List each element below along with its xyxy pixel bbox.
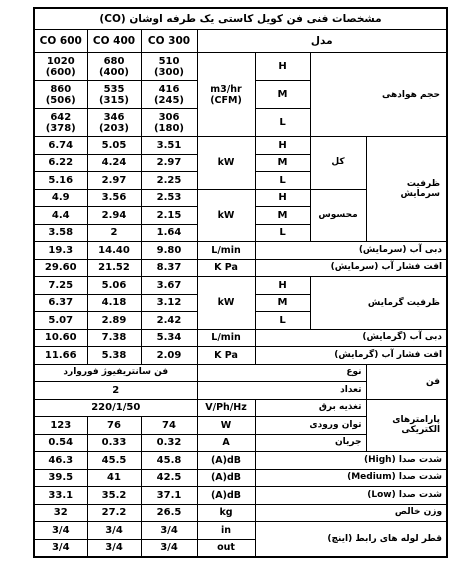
fan-type-value: فن سانتریفیوژ فوروارد — [34, 364, 197, 382]
value-line: 416 — [142, 84, 197, 95]
value-cell: 4.9 — [34, 189, 87, 207]
value-cell: 46.3 — [34, 452, 87, 470]
row-label: شدت صدا (High) — [255, 452, 447, 470]
model-label: مدل — [197, 30, 447, 53]
value-cell: 37.1 — [141, 487, 197, 505]
row-label: شدت صدا (Medium) — [255, 469, 447, 487]
speed-cell: L — [255, 312, 310, 330]
value-cell: 45.8 — [141, 452, 197, 470]
power-supply-value: 220/1/50 — [34, 399, 197, 417]
model-header-co600: CO 600 — [34, 30, 87, 53]
value-cell: 2.42 — [141, 312, 197, 330]
spec-table: مشخصات فنی فن کویل کاستی یک طرفه اوشان (… — [33, 7, 448, 558]
value-cell: 642(378) — [34, 109, 87, 137]
unit-cell: kg — [197, 504, 255, 522]
value-cell: 2.89 — [87, 312, 141, 330]
value-cell: 2.25 — [141, 172, 197, 190]
value-cell: 7.25 — [34, 277, 87, 295]
value-cell: 3.58 — [34, 224, 87, 242]
unit-line: m3/hr — [198, 84, 255, 95]
model-header-co400: CO 400 — [87, 30, 141, 53]
value-line: (315) — [88, 95, 141, 106]
speed-cell: H — [255, 53, 310, 81]
value-cell: 2.53 — [141, 189, 197, 207]
unit-cell: L/min — [197, 242, 255, 260]
row-label: دبی آب (سرمایش) — [255, 242, 447, 260]
value-cell: 3/4 — [87, 539, 141, 557]
value-line: (203) — [88, 123, 141, 134]
value-line: 306 — [142, 112, 197, 123]
value-cell: 9.80 — [141, 242, 197, 260]
value-cell: 2.97 — [141, 154, 197, 172]
value-cell: 3/4 — [87, 522, 141, 540]
value-cell: 535(315) — [87, 81, 141, 109]
unit-cell: K Pa — [197, 347, 255, 365]
value-cell: 5.06 — [87, 277, 141, 295]
value-cell: 860(506) — [34, 81, 87, 109]
section-label: فن — [366, 364, 447, 399]
value-line: 860 — [35, 84, 87, 95]
value-cell: 76 — [87, 417, 141, 435]
value-line: 346 — [88, 112, 141, 123]
value-cell: 19.3 — [34, 242, 87, 260]
value-cell: 5.05 — [87, 137, 141, 155]
unit-cell: out — [197, 539, 255, 557]
speed-cell: M — [255, 207, 310, 225]
value-cell: 5.38 — [87, 347, 141, 365]
value-cell: 2.15 — [141, 207, 197, 225]
row-label: جریان — [255, 434, 366, 452]
unit-cell: V/Ph/Hz — [197, 399, 255, 417]
value-cell: 3.12 — [141, 294, 197, 312]
row-label: قطر لوله های رابط (اینچ) — [255, 522, 447, 558]
value-line: (400) — [88, 67, 141, 78]
value-cell: 4.24 — [87, 154, 141, 172]
value-cell: 306(180) — [141, 109, 197, 137]
value-line: (300) — [142, 67, 197, 78]
value-cell: 26.5 — [141, 504, 197, 522]
section-label: ظرفیت گرمایش — [310, 277, 447, 330]
value-cell: 4.4 — [34, 207, 87, 225]
value-cell: 0.33 — [87, 434, 141, 452]
speed-cell: L — [255, 224, 310, 242]
value-cell: 2.94 — [87, 207, 141, 225]
value-cell: 6.74 — [34, 137, 87, 155]
value-cell: 27.2 — [87, 504, 141, 522]
value-cell: 1.64 — [141, 224, 197, 242]
value-cell: 3/4 — [34, 522, 87, 540]
speed-cell: M — [255, 154, 310, 172]
value-cell: 6.37 — [34, 294, 87, 312]
value-line: (506) — [35, 95, 87, 106]
speed-cell: L — [255, 109, 310, 137]
value-line: (378) — [35, 123, 87, 134]
section-label: حجم هوادهی — [310, 53, 447, 137]
value-line: 642 — [35, 112, 87, 123]
value-cell: 29.60 — [34, 259, 87, 277]
value-cell: 8.37 — [141, 259, 197, 277]
row-label: افت فشار آب (گرمایش) — [255, 347, 447, 365]
value-cell: 1020(600) — [34, 53, 87, 81]
unit-cell: A — [197, 434, 255, 452]
row-label: وزن خالص — [255, 504, 447, 522]
value-cell: 416(245) — [141, 81, 197, 109]
value-cell: 3/4 — [141, 539, 197, 557]
row-label: تغذیه برق — [255, 399, 366, 417]
row-label: توان ورودی — [255, 417, 366, 435]
speed-cell: M — [255, 81, 310, 109]
unit-cell: kW — [197, 277, 255, 330]
value-cell: 11.66 — [34, 347, 87, 365]
value-cell: 10.60 — [34, 329, 87, 347]
speed-cell: H — [255, 137, 310, 155]
value-cell: 4.18 — [87, 294, 141, 312]
unit-cell: kW — [197, 189, 255, 242]
table-title: مشخصات فنی فن کویل کاستی یک طرفه اوشان (… — [34, 8, 447, 30]
value-cell: 3.51 — [141, 137, 197, 155]
unit-cell: (A)dB — [197, 487, 255, 505]
value-cell: 35.2 — [87, 487, 141, 505]
model-header-co300: CO 300 — [141, 30, 197, 53]
unit-cell: (A)dB — [197, 452, 255, 470]
value-cell: 32 — [34, 504, 87, 522]
speed-cell: L — [255, 172, 310, 190]
value-line: 510 — [142, 56, 197, 67]
value-cell: 74 — [141, 417, 197, 435]
value-cell: 21.52 — [87, 259, 141, 277]
row-label: افت فشار آب (سرمایش) — [255, 259, 447, 277]
value-cell: 3/4 — [141, 522, 197, 540]
unit-cell: (A)dB — [197, 469, 255, 487]
value-line: 1020 — [35, 56, 87, 67]
value-cell: 45.5 — [87, 452, 141, 470]
speed-cell: H — [255, 189, 310, 207]
unit-line: (CFM) — [198, 95, 255, 106]
unit-cell: kW — [197, 137, 255, 190]
value-cell: 5.34 — [141, 329, 197, 347]
row-label: تعداد — [197, 382, 366, 400]
value-cell: 5.07 — [34, 312, 87, 330]
value-cell: 2 — [87, 224, 141, 242]
section-label: پارامترهای الکتریکی — [366, 399, 447, 452]
unit-cell: W — [197, 417, 255, 435]
value-cell: 2.09 — [141, 347, 197, 365]
value-cell: 7.38 — [87, 329, 141, 347]
value-cell: 510(300) — [141, 53, 197, 81]
subsection-label: محسوس — [310, 189, 366, 242]
speed-cell: M — [255, 294, 310, 312]
value-cell: 5.16 — [34, 172, 87, 190]
value-line: (245) — [142, 95, 197, 106]
row-label: شدت صدا (Low) — [255, 487, 447, 505]
value-cell: 0.54 — [34, 434, 87, 452]
value-cell: 14.40 — [87, 242, 141, 260]
value-cell: 680(400) — [87, 53, 141, 81]
unit-cell: K Pa — [197, 259, 255, 277]
unit-cell: in — [197, 522, 255, 540]
value-cell: 33.1 — [34, 487, 87, 505]
value-cell: 3/4 — [34, 539, 87, 557]
value-line: 680 — [88, 56, 141, 67]
value-cell: 0.32 — [141, 434, 197, 452]
value-cell: 6.22 — [34, 154, 87, 172]
unit-cell: L/min — [197, 329, 255, 347]
value-cell: 2.97 — [87, 172, 141, 190]
value-cell: 3.56 — [87, 189, 141, 207]
unit-cell: m3/hr(CFM) — [197, 53, 255, 137]
subsection-label: کل — [310, 137, 366, 190]
value-cell: 123 — [34, 417, 87, 435]
fan-count-value: 2 — [34, 382, 197, 400]
value-line: (600) — [35, 67, 87, 78]
value-cell: 39.5 — [34, 469, 87, 487]
row-label: نوع — [197, 364, 366, 382]
value-line: 535 — [88, 84, 141, 95]
value-cell: 42.5 — [141, 469, 197, 487]
section-label: ظرفیت سرمایش — [366, 137, 447, 242]
value-cell: 41 — [87, 469, 141, 487]
speed-cell: H — [255, 277, 310, 295]
value-line: (180) — [142, 123, 197, 134]
value-cell: 3.67 — [141, 277, 197, 295]
row-label: دبی آب (گرمایش) — [255, 329, 447, 347]
value-cell: 346(203) — [87, 109, 141, 137]
